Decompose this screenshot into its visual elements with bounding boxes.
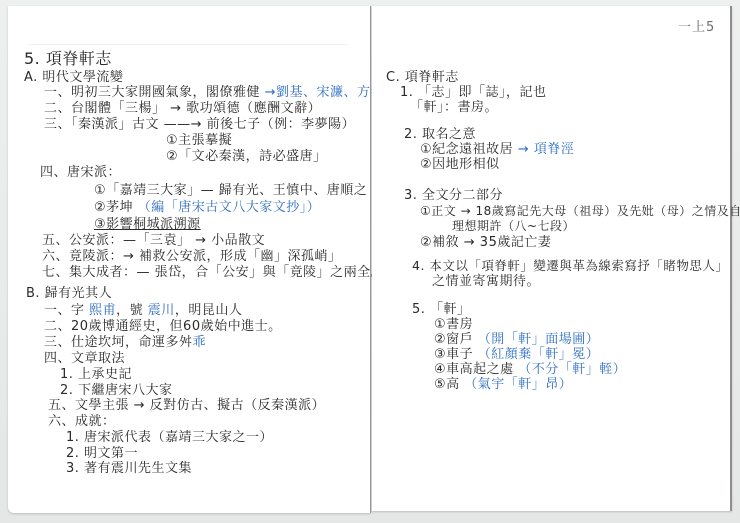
- note-line: ②「文必秦漢，詩必盛唐」: [166, 149, 327, 164]
- note-text: ③車子: [434, 347, 473, 362]
- note-line: ①紀念遠祖故居 → 項脊涇: [420, 142, 574, 157]
- note-line: 3. 著有震川先生文集: [66, 461, 192, 476]
- note-line: 理想期許（八~七段）: [452, 219, 575, 234]
- note-line: 六、成就：: [48, 414, 116, 429]
- note-text: ①紀念遠祖故居: [420, 142, 513, 157]
- note-line: 5. 「軒」: [412, 302, 471, 317]
- blue-annotation: 乖: [193, 335, 207, 350]
- notebook-left-page: 5. 項脊軒志 A. 明代文學流變 一、明初三大家開國氣象，閣僚雅健 →劉基、宋…: [8, 6, 371, 513]
- note-text: 三、仕途坎坷，命運多舛: [44, 335, 193, 350]
- note-line: 六、竟陵派：→ 補救公安派，形成「幽」深孤峭」: [42, 249, 342, 264]
- note-line: ②補敘 → 35歲記亡妻: [420, 235, 551, 250]
- note-text: 一、字: [44, 303, 89, 318]
- note-line: 二、台閣體「三楊」 → 歌功頌德（應酬文辭）: [44, 101, 321, 116]
- note-line: 三、「秦漢派」古文 ——→ 前後七子（例：李夢陽）: [44, 117, 355, 132]
- note-line: 1. 上承史記: [60, 367, 132, 382]
- note-line: ①「嘉靖三大家」— 歸有光、王慎中、唐順之: [94, 183, 367, 198]
- note-line: 之情並寄寓期待。: [432, 274, 540, 289]
- note-line: ②茅坤 （編「唐宋古文八大家文抄」）: [94, 200, 320, 215]
- note-line: ③影響桐城派溯源: [94, 217, 201, 232]
- note-line: 2. 下繼唐宋八大家: [60, 383, 173, 398]
- lesson-title: 5. 項脊軒志: [24, 50, 112, 68]
- note-line: 一、字 熙甫，號 震川，明昆山人: [44, 303, 242, 318]
- note-text: 一、明初三大家開國氣象，閣僚雅健: [44, 85, 260, 100]
- page-rule: [28, 44, 348, 45]
- note-line: ②窗戶 （開「軒」面場圃）: [434, 332, 599, 347]
- page-number: 一上5: [678, 16, 715, 35]
- note-line: ②因地形相似: [420, 157, 500, 172]
- blue-annotation: （紅顏棄「軒」冕）: [478, 347, 600, 362]
- note-line: ①正文 → 18歲寫記先大母（祖母）及先妣（母）之情及自身: [420, 204, 740, 219]
- notebook-right-page: 一上5 C. 項脊軒志 1. 「志」即「誌」，記也 「軒」：書房。 2. 取名之…: [372, 6, 732, 511]
- note-line: 2. 明文第一: [66, 446, 138, 461]
- blue-annotation: （編「唐宋古文八大家文抄」）: [138, 200, 321, 215]
- note-line: 3. 全文分二部分: [404, 188, 503, 203]
- blue-annotation: 熙甫: [89, 303, 116, 318]
- note-line: 五、文學主張 → 反對仿古、擬古（反秦漢派）: [48, 398, 325, 413]
- note-line: ③車子 （紅顏棄「軒」冕）: [434, 347, 599, 362]
- note-line: 一、明初三大家開國氣象，閣僚雅健 →劉基、宋濂、方孝孺: [44, 85, 398, 100]
- note-line: ⑤高 （氣宇「軒」昂）: [434, 377, 572, 392]
- note-line: 四、文章取法: [44, 351, 125, 366]
- note-line: 1. 唐宋派代表（嘉靖三大家之一）: [66, 430, 273, 445]
- note-text: ，明昆山人: [175, 303, 243, 318]
- section-b-heading: B. 歸有光其人: [26, 286, 112, 301]
- note-line: 七、集大成者：— 張岱，合「公安」與「竟陵」之兩全。: [42, 265, 384, 280]
- note-text: ②茅坤: [94, 200, 133, 215]
- note-text: ②窗戶: [434, 332, 473, 347]
- blue-annotation: （不分「軒」輊）: [518, 362, 626, 377]
- note-line: 2. 取名之意: [404, 127, 476, 142]
- note-line: 三、仕途坎坷，命運多舛乖: [44, 335, 206, 350]
- blue-annotation: → 項脊涇: [518, 142, 575, 157]
- blue-annotation: （開「軒」面場圃）: [478, 332, 600, 347]
- note-line: 二、20歲博通經史，但60歲始中進士。: [44, 319, 282, 334]
- section-a-heading: A. 明代文學流變: [24, 70, 123, 85]
- note-line: 五、公安派：—「三袁」 → 小品散文: [42, 233, 265, 248]
- note-text: ⑤高: [434, 377, 460, 392]
- note-line: 4. 本文以「項脊軒」變遷與革為線索寫抒「睹物思人」: [412, 258, 728, 273]
- note-line: 1. 「志」即「誌」，記也: [400, 85, 547, 100]
- blue-annotation: 震川: [148, 303, 175, 318]
- note-line: ④車高起之處 （不分「軒」輊）: [434, 362, 626, 377]
- section-c-heading: C. 項脊軒志: [386, 70, 459, 85]
- note-line: 「軒」：書房。: [410, 100, 498, 115]
- note-line: ①主張摹擬: [166, 133, 232, 148]
- note-text: ④車高起之處: [434, 362, 514, 377]
- note-text: ，號: [116, 303, 148, 318]
- note-line: ①書房: [434, 317, 473, 332]
- note-line: 四、唐宋派：: [40, 165, 121, 180]
- blue-annotation: （氣宇「軒」昂）: [464, 377, 572, 392]
